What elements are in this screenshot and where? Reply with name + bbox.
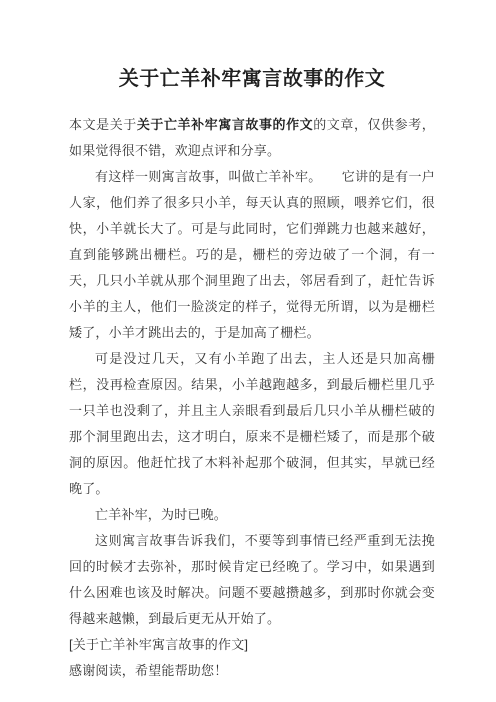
footer-tag-line: [关于亡羊补牢寓言故事的作文]	[69, 632, 435, 658]
document-content: 关于亡羊补牢寓言故事的作文 本文是关于关于亡羊补牢寓言故事的作文的文章，仅供参考…	[0, 0, 496, 684]
body-paragraph: 有这样一则寓言故事，叫做亡羊补牢。 它讲的是有一户人家，他们养了很多只小羊，每天…	[69, 164, 435, 346]
footer-thanks-line: 感谢阅读，希望能帮助您！	[69, 658, 435, 684]
body-paragraph: 可是没过几天，又有小羊跑了出去，主人还是只加高栅栏，没再检查原因。结果，小羊越跑…	[69, 346, 435, 502]
body-paragraph: 亡羊补牢，为时已晚。	[69, 502, 435, 528]
intro-prefix-text: 本文是关于	[69, 117, 137, 132]
body-paragraph: 这则寓言故事告诉我们，不要等到事情已经严重到无法挽回的时候才去弥补，那时候肯定已…	[69, 528, 435, 632]
intro-bold-title-text: 关于亡羊补牢寓言故事的作文	[137, 117, 313, 132]
intro-paragraph: 本文是关于关于亡羊补牢寓言故事的作文的文章，仅供参考，如果觉得很不错，欢迎点评和…	[69, 112, 435, 164]
document-page: 关于亡羊补牢寓言故事的作文 本文是关于关于亡羊补牢寓言故事的作文的文章，仅供参考…	[0, 0, 496, 702]
page-title: 关于亡羊补牢寓言故事的作文	[69, 66, 435, 92]
